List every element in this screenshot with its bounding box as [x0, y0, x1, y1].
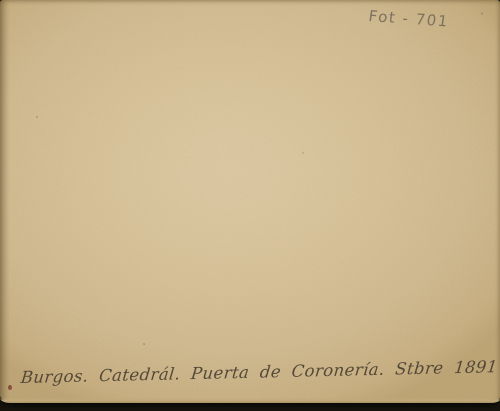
paper-speck — [36, 116, 38, 118]
photo-card-verso: Fot - 701 Burgos. Catedrál. Puerta de Co… — [0, 0, 500, 403]
pencil-catalog-number: Fot - 701 — [367, 7, 450, 30]
paper-texture — [0, 0, 500, 403]
card-left-edge — [0, 0, 10, 403]
card-bottom-edge — [0, 398, 500, 403]
handwritten-caption: Burgos. Catedrál. Puerta de Coronería. S… — [20, 359, 500, 386]
photo-scene: Fot - 701 Burgos. Catedrál. Puerta de Co… — [0, 0, 500, 411]
paper-speck — [481, 12, 483, 15]
paper-speck — [143, 343, 145, 345]
paper-speck — [302, 152, 304, 154]
